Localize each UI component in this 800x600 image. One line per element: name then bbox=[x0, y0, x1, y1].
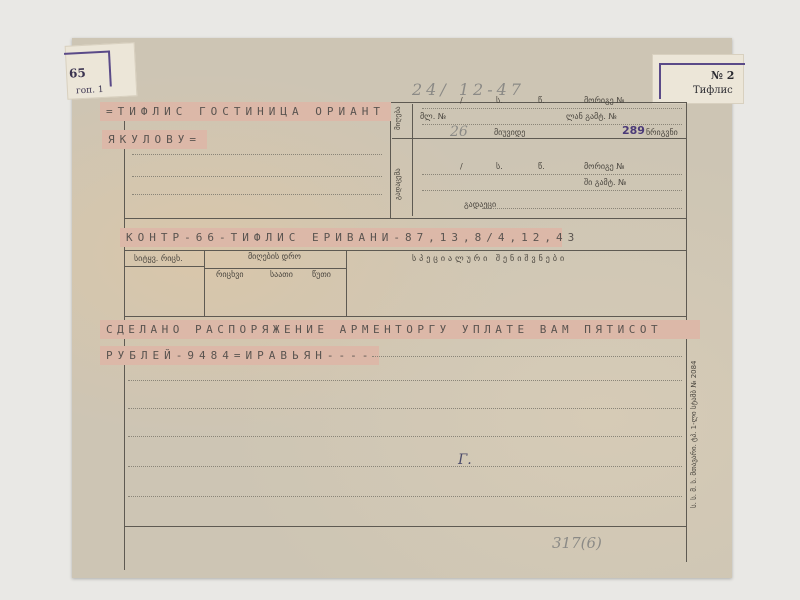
col-sub-day: რიცხვი bbox=[216, 270, 244, 279]
service-sub-line bbox=[204, 268, 346, 269]
service-bottom bbox=[124, 316, 686, 317]
side-print: ს. ს. მ. ს. მთავარი. ტპ. 1-ლი სტამბ № 20… bbox=[690, 360, 698, 508]
receipt-side-label: მიღება bbox=[394, 106, 402, 130]
address-tape-line1: =ТИФЛИС ГОСТИНИЦА ОРИАНТ bbox=[100, 102, 391, 121]
stamp-text: ნრიგვნი bbox=[646, 128, 678, 137]
service-header-line bbox=[124, 266, 204, 267]
message-line bbox=[128, 408, 682, 409]
address-line bbox=[132, 154, 382, 155]
receipt-divider bbox=[392, 138, 686, 139]
receipt-gamt: ლან გამტ. № bbox=[566, 112, 617, 121]
message-line bbox=[128, 380, 682, 381]
receipt-w: წ. bbox=[538, 96, 545, 105]
sticker-number: № 2 bbox=[711, 69, 734, 82]
address-bottom bbox=[124, 218, 686, 219]
col-sub-minute: წუთი bbox=[312, 270, 331, 279]
handwritten-ref: 317(6) bbox=[552, 534, 602, 552]
col-receive-time: მიღების დრო bbox=[248, 252, 301, 261]
handwritten-mark: Г. bbox=[458, 452, 472, 468]
receipt-dotted bbox=[422, 174, 682, 175]
receipt-morige: მორიგე № bbox=[584, 96, 625, 105]
handwritten-26: 26 bbox=[450, 124, 468, 140]
transmit-side-label: გადაცემა bbox=[394, 168, 402, 200]
message-tape-line2: РУБЛЕЙ-9484=ИРАВЬЯН---- bbox=[100, 346, 379, 365]
message-line bbox=[372, 356, 682, 357]
message-tape-line1: СДЕЛАНО РАСПОРЯЖЕНИЕ АРМЕНТОРГУ УПЛАТЕ В… bbox=[100, 320, 700, 339]
address-tape-line2: ЯКУЛОВУ= bbox=[102, 130, 207, 149]
receipt-dotted bbox=[422, 190, 682, 191]
message-line bbox=[128, 466, 682, 467]
service-col-div bbox=[204, 250, 205, 316]
transmit-s: ს. bbox=[496, 162, 503, 171]
sticker-text: гоп. 1 bbox=[76, 85, 104, 96]
sticker-number: 65 bbox=[69, 66, 86, 81]
transmit-w: წ. bbox=[538, 162, 545, 171]
service-col-div bbox=[346, 250, 347, 316]
receipt-label-divider bbox=[412, 104, 413, 216]
receipt-dotted bbox=[422, 108, 682, 109]
receipt-dotted bbox=[482, 208, 682, 209]
transmit-gamt: ში გამტ. № bbox=[584, 178, 626, 187]
right-sticker: № 2 Тифлис bbox=[652, 54, 744, 104]
message-line bbox=[128, 496, 682, 497]
header-tape: КОНТР-66-ТИФЛИС ЕРИВАНИ-87,13,8/4,12,43 bbox=[120, 228, 562, 247]
message-bottom bbox=[124, 526, 686, 527]
left-sticker: 65 гоп. 1 bbox=[65, 42, 138, 100]
transmit-slash: / bbox=[460, 162, 463, 171]
receipt-ml: მლ. № bbox=[420, 112, 446, 121]
col-word-count: სიტყვ. რიცხ. bbox=[134, 254, 183, 263]
service-top bbox=[124, 250, 686, 251]
transmit-morige: მორიგე № bbox=[584, 162, 625, 171]
col-sub-hour: საათი bbox=[270, 270, 293, 279]
handwritten-date: 24/ 12-47 bbox=[412, 80, 525, 99]
address-line bbox=[132, 176, 382, 177]
receipt-label: მიუვიდე bbox=[494, 128, 525, 137]
col-special-notes: სპეციალური შენიშვნები bbox=[412, 254, 567, 263]
receipt-dotted bbox=[422, 124, 682, 125]
telegram-form: 65 гоп. 1 № 2 Тифлис მიღება გადაცემა / ს… bbox=[72, 38, 732, 578]
stamp-number: 289 bbox=[622, 124, 645, 137]
message-line bbox=[128, 436, 682, 437]
sticker-text: Тифлис bbox=[693, 85, 733, 96]
address-line bbox=[132, 194, 382, 195]
